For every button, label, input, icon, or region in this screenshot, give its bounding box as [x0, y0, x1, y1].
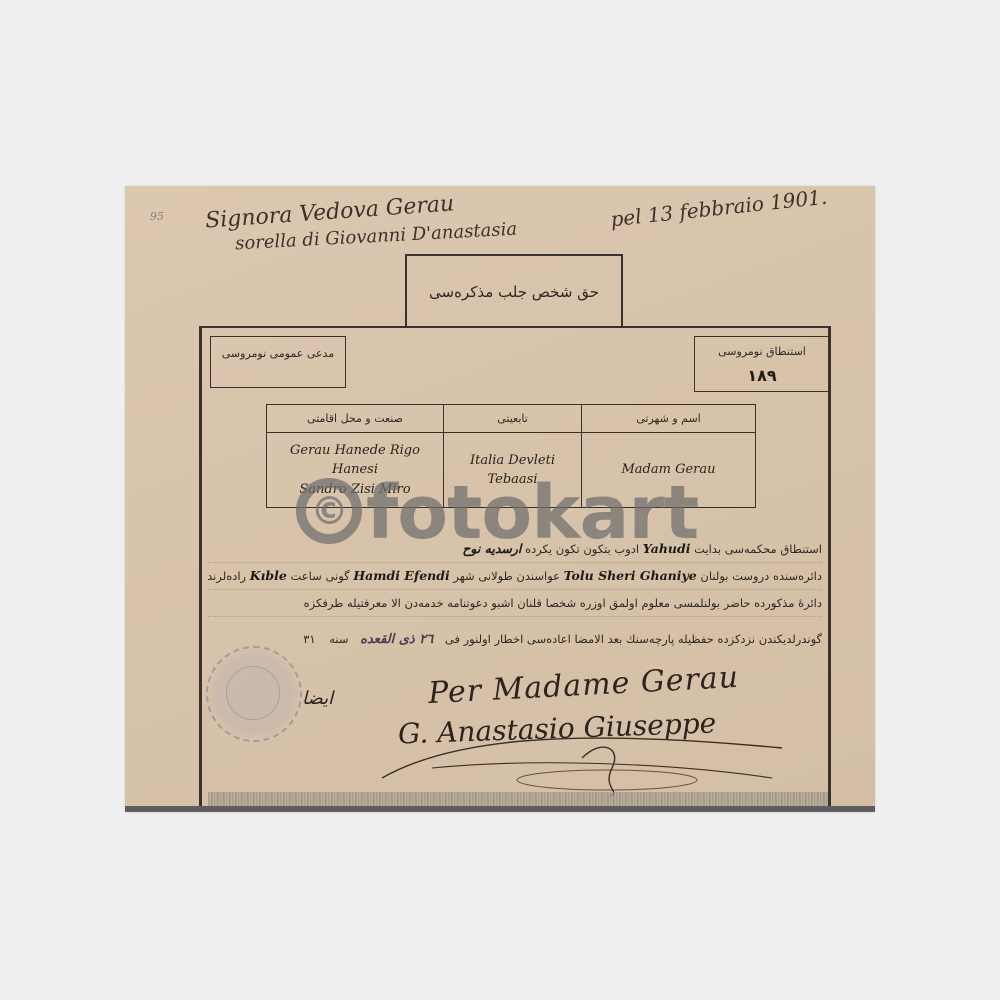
- prosecutor-number-box: مدعی عمومی نومروسی: [210, 336, 346, 388]
- filled-field: Tolu Sheri Ghaniye: [564, 568, 697, 583]
- seal-inner-ring: [226, 666, 280, 720]
- document-title: حق شخص جلب مذكرەسی: [429, 283, 599, 301]
- filled-field: Kıble: [250, 568, 287, 583]
- interrogation-number-box: استنطاق نومروسی ١٨٩: [694, 336, 830, 392]
- body-line-2: دائرەسنده دروست بولنان Tolu Sheri Ghaniy…: [208, 563, 822, 590]
- signature-flourish-icon: [372, 718, 792, 798]
- interrogation-number-label: استنطاق نومروسی: [695, 345, 829, 358]
- hijri-date: ٢٦ ذی القعده: [360, 632, 433, 647]
- copyright-icon: ©: [296, 478, 362, 544]
- form-frame: مدعی عمومی نومروسی استنطاق نومروسی ١٨٩ ص…: [199, 326, 831, 811]
- body-line-3: دائرهٔ مذكورده حاضر بولنلمسی معلوم اولمق…: [208, 590, 822, 617]
- header-residence: صنعت و محل اقامتی: [267, 405, 443, 433]
- filled-field: Hamdi Efendi: [353, 568, 449, 583]
- case-number: ١٨٩: [695, 366, 829, 385]
- title-box: حق شخص جلب مذكرەسی: [405, 254, 623, 328]
- header-nationality: تابعیتی: [443, 405, 581, 433]
- seal-stamp-icon: [206, 646, 302, 742]
- header-name: اسم و شهرتی: [581, 405, 755, 433]
- prosecutor-number-label: مدعی عمومی نومروسی: [222, 347, 334, 360]
- closing-line: گوندرلدیكندن نزدكزده حفظیله پارچه‌سنك بع…: [208, 632, 822, 647]
- signature-1: Per Madame Gerau: [427, 660, 740, 711]
- top-left-number: 95: [150, 210, 164, 223]
- signature-mark: ایضا: [302, 688, 333, 709]
- watermark-text: fotokart: [366, 470, 698, 556]
- watermark: ©fotokart: [296, 470, 698, 556]
- year-value: ٣١: [303, 632, 315, 646]
- bottom-edge-bar: [125, 806, 875, 812]
- date-note: pel 13 febbraio 1901.: [609, 185, 828, 232]
